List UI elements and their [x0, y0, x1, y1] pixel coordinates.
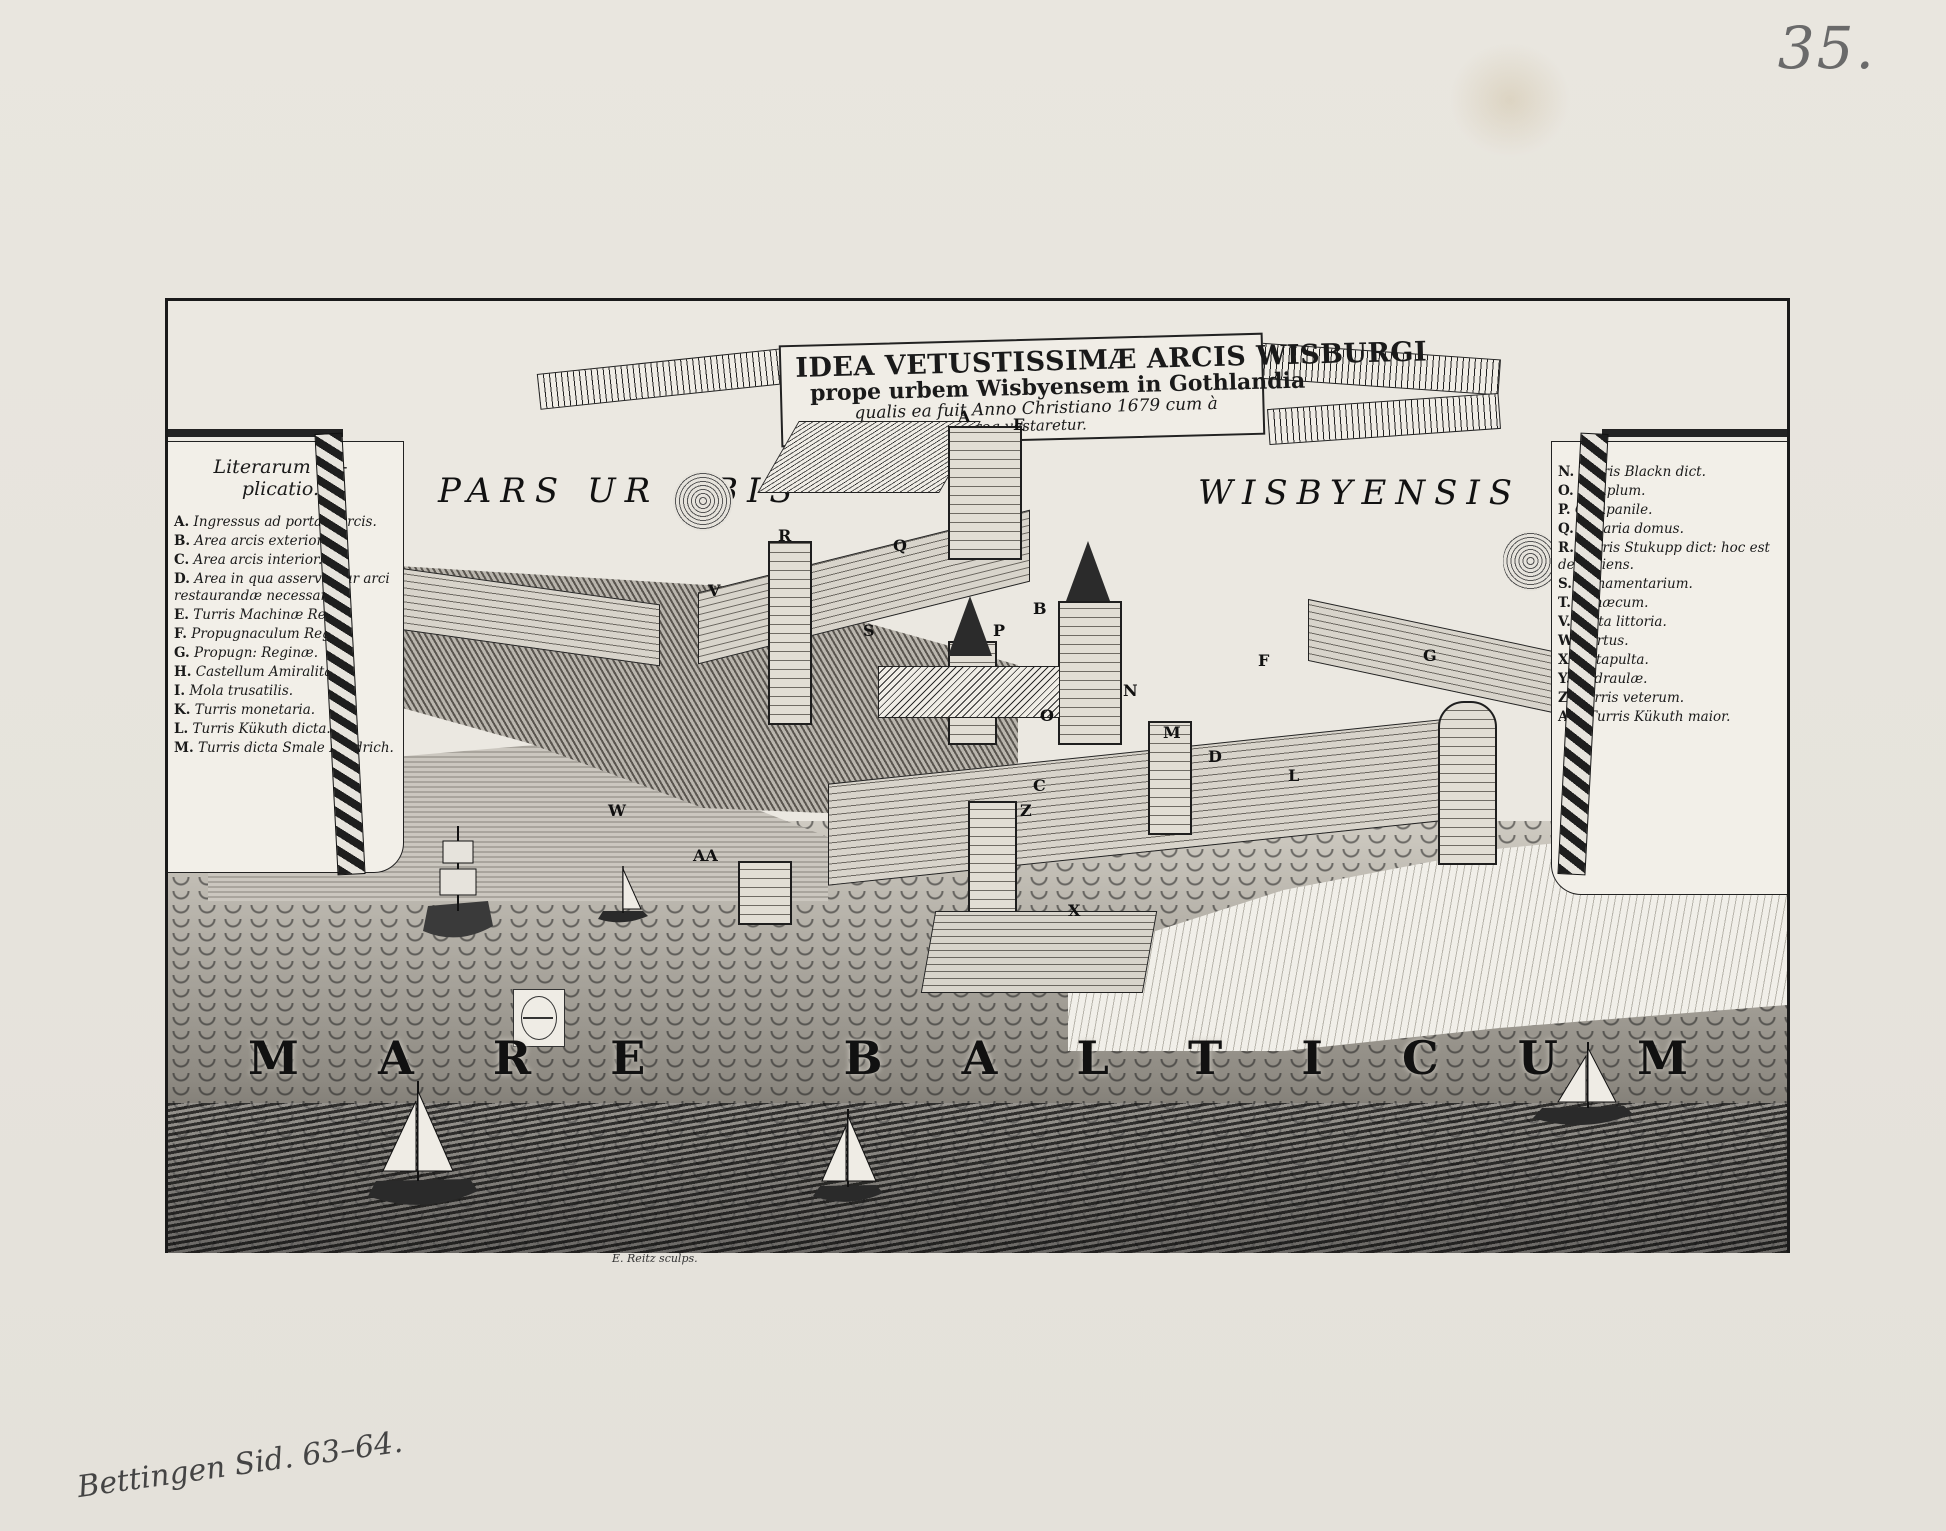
spacer	[724, 1031, 764, 1085]
legend-item: I. Mola trusatilis.	[174, 683, 397, 700]
sea-letter: R	[493, 1031, 531, 1085]
legend-key: T.	[1558, 595, 1571, 611]
legend-title-line-2: plicatio.	[178, 478, 383, 500]
map-letter-aa: AA	[693, 846, 718, 865]
legend-text: Ingressus ad portam arcis.	[193, 514, 376, 530]
tower-r	[768, 541, 812, 725]
tower-n	[1058, 601, 1122, 745]
legend-item: M. Turris dicta Smale Hindrich.	[174, 740, 397, 757]
map-letter-f: F	[1258, 651, 1269, 670]
legend-key: B.	[174, 533, 190, 549]
compass-needle	[523, 1017, 553, 1019]
harbor-house	[738, 861, 792, 925]
legend-item: B. Area arcis exterior.	[174, 533, 397, 550]
tower-e	[948, 426, 1022, 560]
sea-letter: C	[1402, 1031, 1439, 1085]
sailing-ship-icon	[358, 1071, 488, 1221]
sea-letter: I	[1301, 1031, 1323, 1085]
spire-n	[1066, 541, 1110, 601]
map-letter-g: G	[1423, 646, 1437, 665]
map-letter-l: L	[1288, 766, 1299, 785]
legend-key: N.	[1558, 464, 1574, 480]
spire-p	[948, 596, 992, 656]
map-letter-o: O	[1040, 706, 1054, 725]
legend-text: Turris Kükuth dicta.	[193, 721, 331, 737]
legend-title: Literarum Ex- plicatio.	[178, 456, 383, 500]
legend-item: D. Area in qua asservantur arci restaura…	[174, 571, 397, 605]
legend-key: M.	[174, 740, 194, 756]
map-letter-z: Z	[1020, 801, 1032, 820]
legend-title-line-1: Literarum Ex-	[178, 456, 383, 478]
scroll-rod-right	[1602, 429, 1787, 437]
legend-key: C.	[174, 552, 189, 568]
pier-bastion	[921, 911, 1157, 993]
engraver-signature: E. Reitz sculps.	[612, 1252, 698, 1265]
map-letter-c: C	[1033, 776, 1046, 795]
templum-o-roof	[878, 666, 1060, 718]
legend-item: L. Turris Kükuth dicta.	[174, 721, 397, 738]
map-letter-s: S	[863, 621, 875, 640]
legend-text: Turris Kükuth maior.	[1588, 709, 1730, 725]
sea-letter: T	[1188, 1031, 1222, 1085]
legend-key: A.	[174, 514, 189, 530]
legend-item: E. Turris Machinæ Regis.	[174, 607, 397, 624]
map-letter-e: E	[1013, 415, 1025, 434]
engraving-plate: IDEA VETUSTISSIMÆ ARCIS WISBURGI prope u…	[165, 298, 1790, 1253]
map-letter-n: N	[1123, 681, 1138, 700]
legend-key: R.	[1558, 540, 1574, 556]
sea-letter: L	[1077, 1031, 1109, 1085]
legend-key: L.	[174, 721, 188, 737]
legend-item: K. Turris monetaria.	[174, 702, 397, 719]
legend-item: G. Propugn: Reginæ.	[174, 645, 397, 662]
map-letter-b: B	[1033, 599, 1047, 618]
sea-letter: A	[962, 1031, 998, 1085]
sea-letter: M	[248, 1031, 299, 1085]
legend-item: A. Ingressus ad portam arcis.	[174, 514, 397, 531]
legend-key: K.	[174, 702, 190, 718]
legend-key: I.	[174, 683, 185, 699]
map-letter-m: M	[1163, 723, 1181, 742]
legend-text: Area in qua asservantur arci restaurandæ…	[174, 571, 390, 604]
map-letter-x: X	[1068, 901, 1080, 920]
outer-wall-front	[828, 718, 1450, 885]
legend-text: Turris dicta Smale Hindrich.	[198, 740, 394, 756]
legend-text: Area arcis exterior.	[194, 533, 325, 549]
map-letter-q: Q	[893, 536, 907, 555]
legend-key: O.	[1558, 483, 1574, 499]
page-number: 35.	[1778, 14, 1876, 82]
sea-letter: B	[844, 1031, 883, 1085]
sailing-ship-icon	[808, 1101, 888, 1211]
legend-text: Propugnaculum Regis.	[191, 626, 346, 642]
legend-key: H.	[174, 664, 191, 680]
legend-text: Turris monetaria.	[195, 702, 315, 718]
sea-letter: M	[1637, 1031, 1688, 1085]
map-letter-r: R	[778, 526, 791, 545]
map-letter-a: A	[958, 407, 970, 426]
legend-key: D.	[174, 571, 190, 587]
legend-item: C. Area arcis interior.	[174, 552, 397, 569]
legend-key: P.	[1558, 502, 1571, 518]
legend-text: Propugn: Reginæ.	[194, 645, 318, 661]
legend-item: H. Castellum Amiralitatis.	[174, 664, 397, 681]
legend-key: S.	[1558, 576, 1572, 592]
sea-letter: E	[610, 1031, 645, 1085]
legend-key: F.	[174, 626, 187, 642]
castle-visborg: A E Q B P N O M D C Z R V S F G L X AA	[628, 431, 1678, 931]
map-letter-v: V	[708, 581, 720, 600]
legend-key: E.	[174, 607, 189, 623]
legend-text: Area arcis interior.	[194, 552, 323, 568]
legend-scroll-left: Literarum Ex- plicatio. A. Ingressus ad …	[168, 441, 404, 873]
map-letter-w: W	[608, 801, 626, 820]
small-boat-icon	[593, 861, 653, 931]
legend-key: G.	[174, 645, 190, 661]
map-letter-d: D	[1208, 747, 1222, 766]
warship-icon	[418, 821, 498, 951]
tower-g-round	[1438, 701, 1497, 865]
legend-key: V.	[1558, 614, 1571, 630]
sailing-ship-icon	[1528, 1036, 1638, 1136]
region-label-pars-ur: PARS UR	[438, 471, 659, 511]
map-letter-p: P	[993, 621, 1005, 640]
legend-item: F. Propugnaculum Regis.	[174, 626, 397, 643]
legend-key: Q.	[1558, 521, 1574, 537]
legend-text: Mola trusatilis.	[189, 683, 293, 699]
